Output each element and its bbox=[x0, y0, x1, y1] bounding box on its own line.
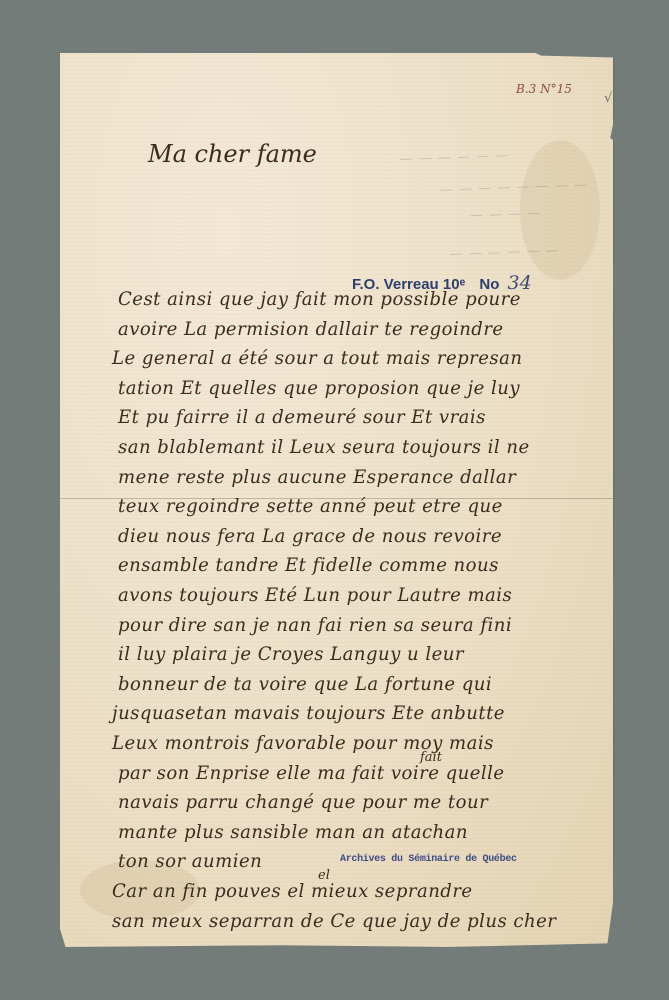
letter-line: jusquasetan mavais toujours Ete anbutte bbox=[112, 702, 505, 724]
letter-line: dieu nous fera La grace de nous revoire bbox=[118, 525, 502, 547]
salutation: Ma cher fame bbox=[148, 140, 317, 168]
letter-line: avoire La permision dallair te regoindre bbox=[118, 318, 504, 340]
letter-line: il luy plaira je Croyes Languy u leur bbox=[118, 643, 464, 665]
letter-line: par son Enprise elle ma fait voire quell… bbox=[118, 762, 505, 784]
letter-line: teux regoindre sette anné peut etre que bbox=[118, 495, 503, 517]
letter-line: ensamble tandre Et fidelle comme nous bbox=[118, 554, 499, 576]
letter-line: bonneur de ta voire que La fortune qui bbox=[118, 673, 492, 695]
letter-line: mene reste plus aucune Esperance dallar bbox=[118, 466, 516, 488]
letter-line: Car an fin pouves el mieux seprandre bbox=[112, 880, 473, 902]
check-mark: √ bbox=[604, 91, 612, 106]
letter-line: Cest ainsi que jay fait mon possible pou… bbox=[118, 288, 521, 310]
letter-line: ton sor aumien bbox=[118, 850, 262, 872]
archive-stamp-seminaire: Archives du Séminaire de Québec bbox=[340, 854, 517, 865]
reference-note: B.3 N°15 bbox=[516, 82, 572, 96]
letter-line: Et pu fairre il a demeuré sour Et vrais bbox=[118, 406, 486, 428]
letter-line: san blablemant il Leux seura toujours il… bbox=[118, 436, 530, 458]
letter-line: Leux montrois favorable pour moy mais bbox=[112, 732, 494, 754]
letter-line: san meux separran de Ce que jay de plus … bbox=[112, 910, 556, 932]
letter-line: Le general a été sour a tout mais repres… bbox=[112, 347, 522, 369]
letter-line: mante plus sansible man an atachan bbox=[118, 821, 468, 843]
letter-line: tation Et quelles que proposion que je l… bbox=[118, 377, 520, 399]
letter-line: navais parru changé que pour me tour bbox=[118, 791, 488, 813]
bleed-through-text: — — — — bbox=[470, 206, 542, 223]
letter-line: pour dire san je nan fai rien sa seura f… bbox=[118, 614, 512, 636]
letter-line: avons toujours Eté Lun pour Lautre mais bbox=[118, 584, 512, 606]
